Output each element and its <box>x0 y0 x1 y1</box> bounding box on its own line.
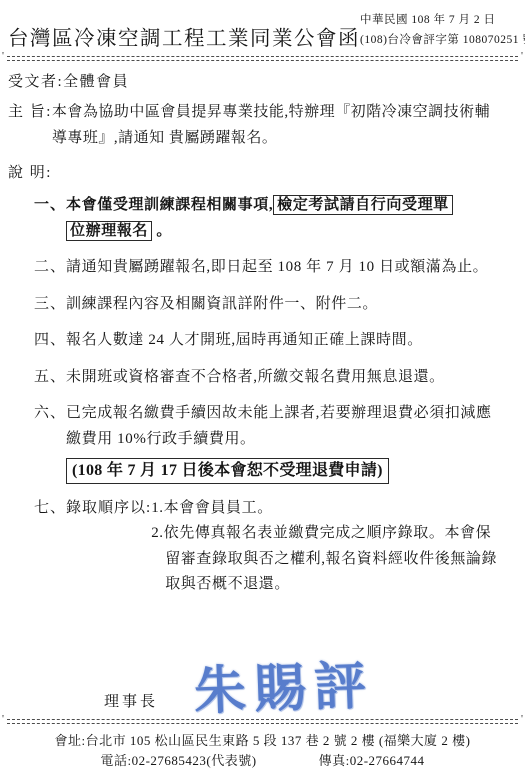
letter-ref-number: (108)台冷會評字第 108070251 號 <box>360 30 525 50</box>
item-text: 請通知貴屬踴躍報名,即日起至 108 年 7 月 10 日或額滿為止。 <box>66 255 488 281</box>
association-address: 會址:台北市 105 松山區民生東路 5 段 137 巷 2 號 2 樓 (福樂… <box>0 731 525 751</box>
item-text: 本會僅受理訓練課程相關事項,檢定考試請自行向受理單位辦理報名 。 <box>66 193 464 244</box>
dashed-divider-bottom <box>7 719 518 724</box>
item-text: 未開班或資格審查不合格者,所繳交報名費用無息退還。 <box>66 365 445 391</box>
explanation-label: 說 明: <box>8 161 52 182</box>
item-text-before: 本會僅受理訓練課程相關事項, <box>66 197 273 213</box>
letter-footer: 會址:台北市 105 松山區民生東路 5 段 137 巷 2 號 2 樓 (福樂… <box>0 714 525 771</box>
item-number: 二、 <box>34 255 66 281</box>
item-number: 四、 <box>34 328 66 354</box>
item-number: 三、 <box>34 292 66 318</box>
contact-row: 電話:02-27685423(代表號) 傳真:02-27664744 <box>0 751 525 771</box>
sub-item-1: 1.本會會員員工。 <box>151 496 503 522</box>
list-item-6: 六、 已完成報名繳費手續因故未能上課者,若要辦理退費必須扣減應繳費用 10%行政… <box>0 390 525 485</box>
document-title: 台灣區冷凍空調工程工業同業公會函 <box>8 9 360 51</box>
recipient-line: 受文者:全體會員 <box>0 61 525 91</box>
item-number: 六、 <box>34 401 66 485</box>
list-item-1: 一、 本會僅受理訓練課程相關事項,檢定考試請自行向受理單位辦理報名 。 <box>0 182 525 244</box>
item-text: 已完成報名繳費手續因故未能上課者,若要辦理退費必須扣減應繳費用 10%行政手續費… <box>66 401 506 485</box>
recipient-label: 受文者: <box>8 74 63 90</box>
item-text: 報名人數達 24 人才開班,屆時再通知正確上課時間。 <box>66 328 423 354</box>
refund-deadline-note: (108 年 7 月 17 日後本會恕不受理退費申請) <box>66 458 389 484</box>
recipient-value: 全體會員 <box>63 74 129 90</box>
signature-block: 理事長 朱賜評 <box>0 660 525 720</box>
sub-item-2: 2.依先傳真報名表並繳費完成之順序錄取。本會保留審查錄取與否之權利,報名資料經收… <box>151 521 503 598</box>
official-letter-page: 台灣區冷凍空調工程工業同業公會函 中華民國 108 年 7 月 2 日 (108… <box>0 0 525 776</box>
sub-item-list: 1.本會會員員工。 2.依先傳真報名表並繳費完成之順序錄取。本會保留審查錄取與否… <box>151 496 503 598</box>
subject-text: 本會為協助中區會員提昇專業技能,特辦理『初階冷凍空調技術輔導專班』,請通知 貴屬… <box>52 100 497 151</box>
chairman-title: 理事長 <box>104 690 158 711</box>
list-item-5: 五、 未開班或資格審查不合格者,所繳交報名費用無息退還。 <box>0 354 525 391</box>
item-number: 七、 <box>34 496 66 598</box>
list-item-7: 七、 錄取順序以: 1.本會會員員工。 2.依先傳真報名表並繳費完成之順序錄取。… <box>0 485 525 598</box>
subject-line: 主 旨: 本會為協助中區會員提昇專業技能,特辦理『初階冷凍空調技術輔導專班』,請… <box>0 91 525 151</box>
list-item-2: 二、 請通知貴屬踴躍報名,即日起至 108 年 7 月 10 日或額滿為止。 <box>0 244 525 281</box>
letter-date: 中華民國 108 年 7 月 2 日 <box>360 10 525 30</box>
list-item-3: 三、 訓練課程內容及相關資訊詳附件一、附件二。 <box>0 281 525 318</box>
phone-number: 電話:02-27685423(代表號) <box>100 751 256 771</box>
letter-header: 台灣區冷凍空調工程工業同業公會函 中華民國 108 年 7 月 2 日 (108… <box>0 0 525 51</box>
letter-meta: 中華民國 108 年 7 月 2 日 (108)台冷會評字第 108070251… <box>360 8 525 51</box>
explanation-line: 說 明: <box>0 151 525 182</box>
item-text: 訓練課程內容及相關資訊詳附件一、附件二。 <box>66 292 378 318</box>
dashed-divider-top <box>7 56 518 61</box>
item-number: 一、 <box>34 193 66 244</box>
fax-number: 傳真:02-27664744 <box>319 751 425 771</box>
list-item-4: 四、 報名人數達 24 人才開班,屆時再通知正確上課時間。 <box>0 317 525 354</box>
subject-label: 主 旨: <box>8 100 52 151</box>
item-label: 錄取順序以: <box>66 496 151 598</box>
item-text-main: 已完成報名繳費手續因故未能上課者,若要辦理退費必須扣減應繳費用 10%行政手續費… <box>66 405 492 447</box>
item-text-after: 。 <box>152 223 172 239</box>
item-number: 五、 <box>34 365 66 391</box>
